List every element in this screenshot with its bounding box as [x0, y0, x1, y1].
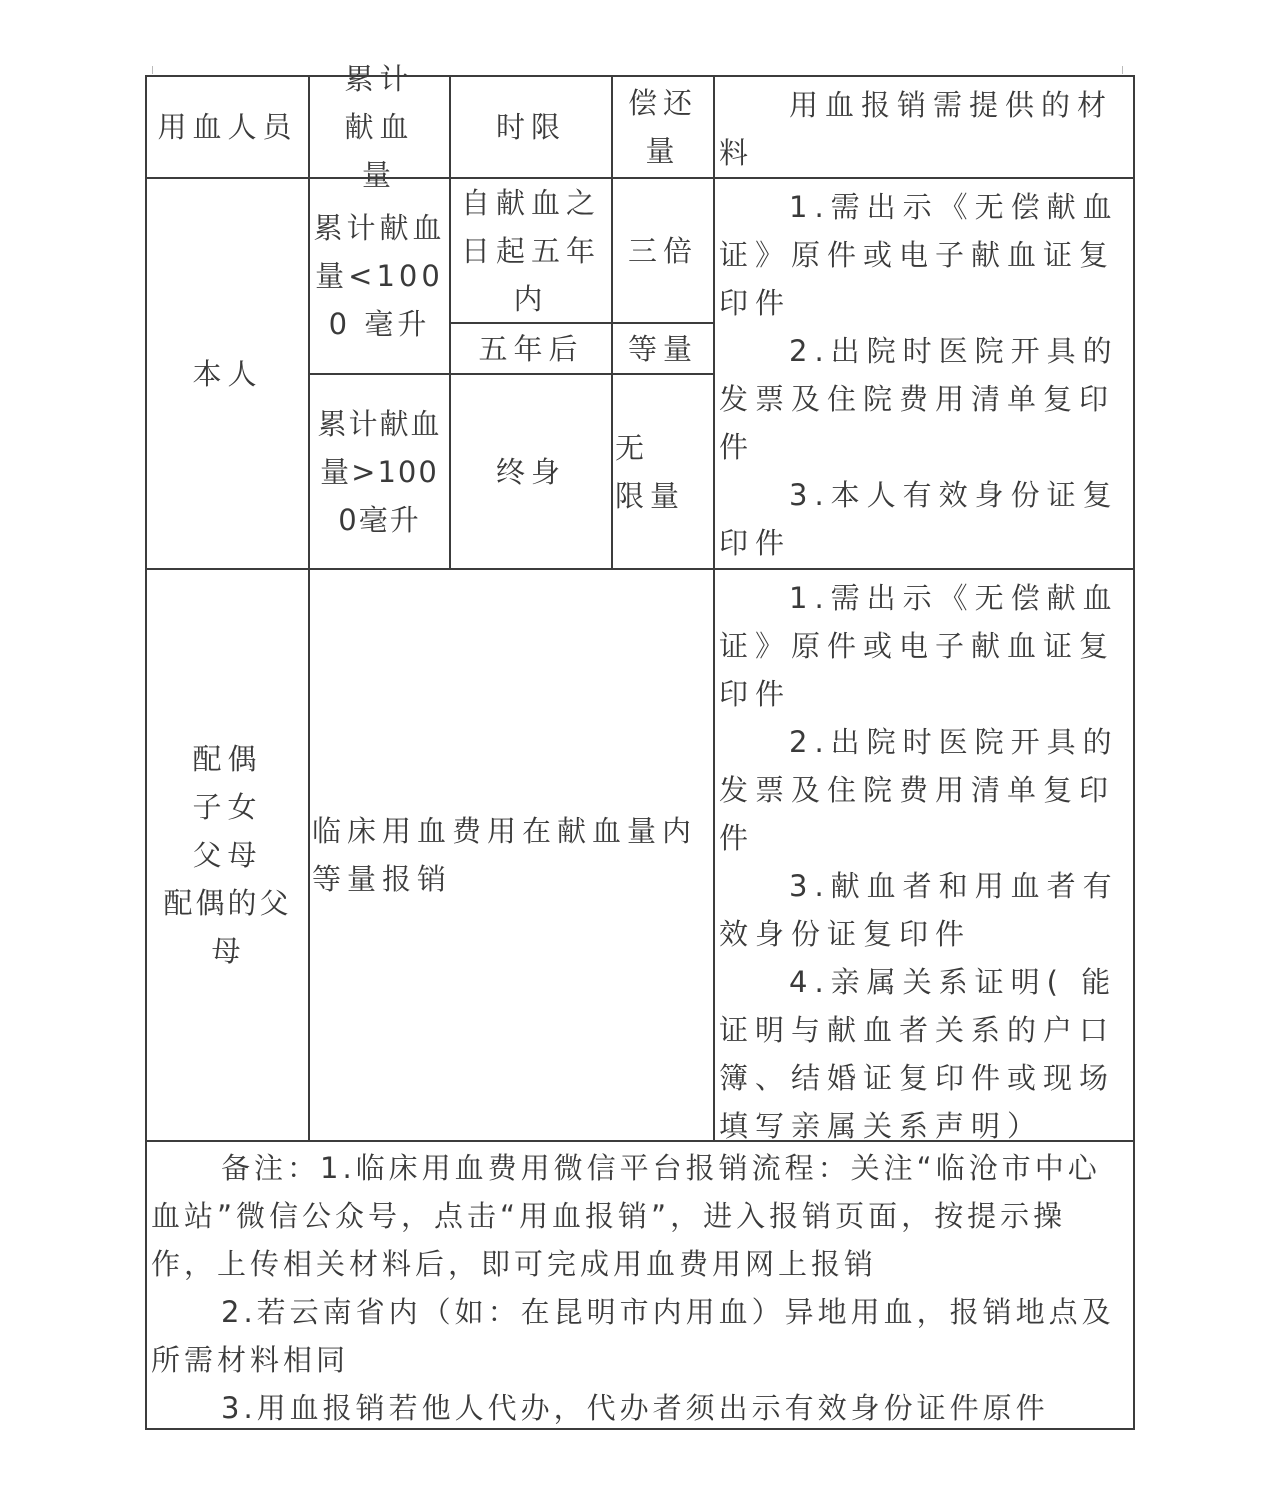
self-tier1-period-2-label: 五年后	[478, 325, 583, 373]
self-tier2-repay: 无 限量	[611, 373, 715, 570]
self-tier1-repay-2-label: 等量	[628, 325, 698, 373]
relatives-material-item: 2.出院时医院开具的发票及住院费用清单复印件	[719, 718, 1129, 862]
relatives-material-item: 3.献血者和用血者有效身份证复印件	[719, 862, 1129, 958]
self-tier2-repay-label: 无 限量	[615, 424, 711, 520]
page-corner-tick-left	[152, 66, 153, 74]
note-item: 3.用血报销若他人代办，代办者须出示有效身份证件原件	[151, 1384, 1129, 1432]
relatives-person-line: 父母	[192, 831, 262, 879]
header-materials: 用血报销需提供的材料	[713, 75, 1135, 179]
self-tier2-cumulative-label: 累计献血量>1000毫升	[312, 400, 447, 544]
relatives-person: 配偶 子女 父母 配偶的父母	[145, 568, 310, 1142]
self-tier1-repay-1-label: 三倍	[628, 227, 698, 275]
self-tier1-cumulative: 累计献血量<1000 毫升	[308, 177, 451, 375]
self-tier1-repay-2: 等量	[611, 322, 715, 375]
page-corner-tick-right	[1122, 66, 1123, 74]
self-materials-list: 1.需出示《无偿献血证》原件或电子献血证复印件 2.出院时医院开具的发票及住院费…	[719, 183, 1129, 567]
self-tier1-repay-1: 三倍	[611, 177, 715, 324]
relatives-materials-list: 1.需出示《无偿献血证》原件或电子献血证复印件 2.出院时医院开具的发票及住院费…	[719, 574, 1129, 1150]
header-materials-label: 用血报销需提供的材料	[719, 81, 1129, 177]
self-material-item: 1.需出示《无偿献血证》原件或电子献血证复印件	[719, 183, 1129, 327]
relatives-materials: 1.需出示《无偿献血证》原件或电子献血证复印件 2.出院时医院开具的发票及住院费…	[713, 568, 1135, 1142]
header-cumulative: 累计献血量	[308, 75, 451, 179]
self-material-item: 2.出院时医院开具的发票及住院费用清单复印件	[719, 327, 1129, 471]
note-item: 2.若云南省内（如：在昆明市内用血）异地用血，报销地点及所需材料相同	[151, 1288, 1129, 1384]
self-tier2-period: 终身	[449, 373, 613, 570]
relatives-policy: 临床用血费用在献血量内等量报销	[308, 568, 715, 1142]
self-tier1-period-2: 五年后	[449, 322, 613, 375]
header-person: 用血人员	[145, 75, 310, 179]
self-material-item: 3.本人有效身份证复印件	[719, 471, 1129, 567]
relatives-person-line: 配偶的父母	[149, 879, 306, 975]
notes-cell: 备注：1.临床用血费用微信平台报销流程：关注“临沧市中心血站”微信公众号，点击“…	[145, 1140, 1135, 1430]
relatives-material-item: 4.亲属关系证明( 能证明与献血者关系的户口簿、结婚证复印件或现场填写亲属关系声…	[719, 958, 1129, 1150]
header-person-label: 用血人员	[157, 103, 297, 151]
relatives-person-line: 配偶	[192, 735, 262, 783]
header-period: 时限	[449, 75, 613, 179]
relatives-person-line: 子女	[192, 783, 262, 831]
self-materials: 1.需出示《无偿献血证》原件或电子献血证复印件 2.出院时医院开具的发票及住院费…	[713, 177, 1135, 570]
self-tier1-cumulative-label: 累计献血量<1000 毫升	[312, 204, 447, 348]
header-repay: 偿还量	[611, 75, 715, 179]
header-repay-label: 偿还量	[627, 79, 699, 175]
notes-list: 备注：1.临床用血费用微信平台报销流程：关注“临沧市中心血站”微信公众号，点击“…	[151, 1144, 1129, 1432]
note-item: 备注：1.临床用血费用微信平台报销流程：关注“临沧市中心血站”微信公众号，点击“…	[151, 1144, 1129, 1288]
relatives-material-item: 1.需出示《无偿献血证》原件或电子献血证复印件	[719, 574, 1129, 718]
relatives-policy-label: 临床用血费用在献血量内等量报销	[312, 807, 711, 903]
self-tier2-cumulative: 累计献血量>1000毫升	[308, 373, 451, 570]
self-person: 本人	[145, 177, 310, 570]
header-period-label: 时限	[496, 103, 566, 151]
self-person-label: 本人	[192, 350, 262, 398]
self-tier1-period-1-label: 自献血之日起五年内	[461, 179, 601, 323]
self-tier1-period-1: 自献血之日起五年内	[449, 177, 613, 324]
self-tier2-period-label: 终身	[496, 448, 566, 496]
